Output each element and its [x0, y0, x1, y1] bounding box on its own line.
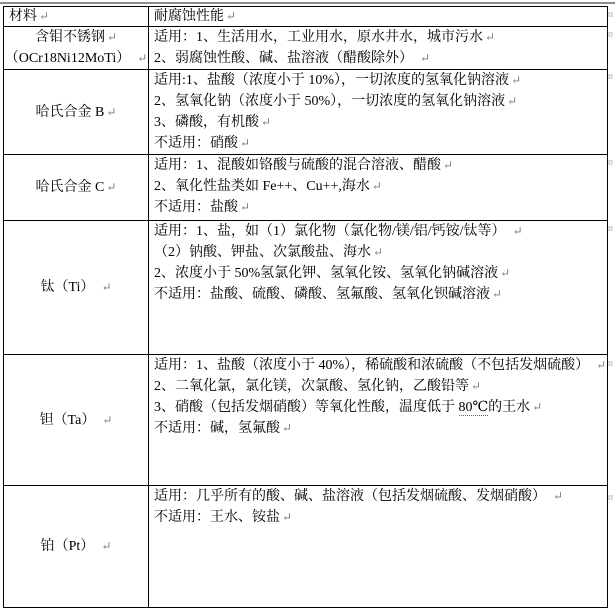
table-row: 哈氏合金 C↵ 适用：1、混酸如铬酸与硫酸的混合溶液、醋酸↵ 2、氧化性盐类如 …: [4, 155, 608, 221]
performance-cell: 适用：1、盐，如（1）氯化物（氯化物/镁/铝/钙铵/钛等）↵ （2）钠酸、钾盐、…: [149, 221, 608, 355]
table-row: 钽（Ta）↵ 适用：1、盐酸（浓度小于 40%），稀硫酸和浓硫酸（不包括发烟硫酸…: [4, 355, 608, 486]
header-performance-label: 耐腐蚀性能: [154, 9, 224, 24]
paragraph-mark-icon: ↵: [137, 51, 147, 65]
material-cell: 含钼不锈钢↵ （OCr18Ni12MoTi）↵: [4, 27, 149, 70]
document-page: 材料↵ 耐腐蚀性能↵ 含钼不锈钢↵ （OCr18Ni12MoTi）↵ 适用：1、…: [0, 0, 615, 610]
performance-line: 不适用：王水、铵盐↵: [149, 507, 607, 528]
header-material-label: 材料: [9, 9, 37, 24]
performance-line: 2、二氧化氯，氯化镁，次氯酸、氢化钠，乙酸铅等↵: [149, 376, 607, 397]
paragraph-mark-icon: ↵: [261, 115, 271, 129]
performance-line: 适用：1、混酸如铬酸与硫酸的混合溶液、醋酸↵: [149, 155, 607, 176]
paragraph-mark-icon: ↵: [373, 245, 383, 259]
material-cell: 钽（Ta）↵: [4, 355, 149, 486]
performance-line: 不适用：盐酸↵: [149, 197, 607, 218]
paragraph-mark-icon: ↵: [500, 266, 510, 280]
material-formula: （OCr18Ni12MoTi）↵: [4, 48, 148, 69]
material-name: 钽（Ta）↵: [4, 410, 148, 431]
row-end-mark-icon: ¤: [608, 494, 613, 504]
paragraph-mark-icon: ↵: [507, 94, 517, 108]
paragraph-mark-icon: ↵: [107, 30, 117, 44]
table-row: 哈氏合金 B↵ 适用:1、盐酸（浓度小于 10%），一切浓度的氢氧化钠溶液↵ 2…: [4, 70, 608, 155]
paragraph-mark-icon: ↵: [102, 413, 112, 427]
table-row: 钛（Ti）↵ 适用：1、盐，如（1）氯化物（氯化物/镁/铝/钙铵/钛等）↵ （2…: [4, 221, 608, 355]
paragraph-mark-icon: ↵: [282, 421, 292, 435]
paragraph-mark-icon: ↵: [492, 287, 502, 301]
performance-line: 2、氢氧化钠（浓度小于 50%），一切浓度的氢氧化钠溶液↵: [149, 91, 607, 112]
paragraph-mark-icon: ↵: [596, 358, 606, 372]
performance-line: 适用：1、盐，如（1）氯化物（氯化物/镁/铝/钙铵/钛等）↵: [149, 221, 607, 242]
paragraph-mark-icon: ↵: [532, 400, 542, 414]
row-end-mark-icon: ¤: [608, 360, 613, 370]
material-name: 哈氏合金 B↵: [4, 102, 148, 123]
paragraph-mark-icon: ↵: [226, 9, 236, 23]
header-row: 材料↵ 耐腐蚀性能↵: [4, 7, 608, 27]
performance-line: 不适用：盐酸、硫酸、磷酸、氢氟酸、氢氧化钡碱溶液↵: [149, 284, 607, 305]
row-end-mark-icon: ¤: [608, 73, 613, 83]
performance-cell: 适用：1、混酸如铬酸与硫酸的混合溶液、醋酸↵ 2、氧化性盐类如 Fe++、Cu+…: [149, 155, 608, 221]
paragraph-mark-icon: ↵: [485, 30, 495, 44]
performance-line: 2、弱腐蚀性酸、碱、盐溶液（醋酸除外）↵: [149, 48, 607, 69]
paragraph-mark-icon: ↵: [372, 179, 382, 193]
material-cell: 哈氏合金 B↵: [4, 70, 149, 155]
paragraph-mark-icon: ↵: [513, 224, 523, 238]
performance-line: 不适用：碱，氢氟酸↵: [149, 418, 607, 439]
paragraph-mark-icon: ↵: [240, 200, 250, 214]
performance-line: 适用:1、盐酸（浓度小于 10%），一切浓度的氢氧化钠溶液↵: [149, 70, 607, 91]
material-cell: 钛（Ti）↵: [4, 221, 149, 355]
material-name: 铂（Pt）↵: [4, 536, 148, 557]
header-performance-cell: 耐腐蚀性能↵: [149, 7, 608, 27]
performance-cell: 适用:1、盐酸（浓度小于 10%），一切浓度的氢氧化钠溶液↵ 2、氢氧化钠（浓度…: [149, 70, 608, 155]
table-row: 含钼不锈钢↵ （OCr18Ni12MoTi）↵ 适用：1、生活用水，工业用水，原…: [4, 27, 608, 70]
performance-cell: 适用：1、生活用水，工业用水，原水井水，城市污水↵ 2、弱腐蚀性酸、碱、盐溶液（…: [149, 27, 608, 70]
paragraph-mark-icon: ↵: [553, 489, 563, 503]
performance-line: 不适用：硝酸↵: [149, 133, 607, 154]
performance-line: 适用：1、盐酸（浓度小于 40%），稀硫酸和浓硫酸（不包括发烟硫酸）↵: [149, 355, 607, 376]
top-rule: [0, 2, 615, 4]
materials-table: 材料↵ 耐腐蚀性能↵ 含钼不锈钢↵ （OCr18Ni12MoTi）↵ 适用：1、…: [3, 6, 608, 608]
material-cell: 铂（Pt）↵: [4, 486, 149, 608]
performance-line: 2、浓度小于 50%氢氯化钾、氢氧化铵、氢氧化钠碱溶液↵: [149, 263, 607, 284]
row-end-mark-icon: ¤: [608, 11, 613, 21]
row-end-mark-icon: ¤: [608, 159, 613, 169]
performance-line: 2、氧化性盐类如 Fe++、Cu++,海水↵: [149, 176, 607, 197]
material-name: 钛（Ti）↵: [4, 277, 148, 298]
performance-line: 适用：1、生活用水，工业用水，原水井水，城市污水↵: [149, 27, 607, 48]
paragraph-mark-icon: ↵: [101, 280, 111, 294]
paragraph-mark-icon: ↵: [39, 9, 49, 23]
paragraph-mark-icon: ↵: [240, 136, 250, 150]
paragraph-mark-icon: ↵: [511, 73, 521, 87]
row-end-mark-icon: ¤: [608, 31, 613, 41]
paragraph-mark-icon: ↵: [106, 105, 116, 119]
material-name: 哈氏合金 C↵: [4, 177, 148, 198]
paragraph-mark-icon: ↵: [443, 158, 453, 172]
table-row: 铂（Pt）↵ 适用：几乎所有的酸、碱、盐溶液（包括发烟硫酸、发烟硝酸）↵ 不适用…: [4, 486, 608, 608]
material-cell: 哈氏合金 C↵: [4, 155, 149, 221]
performance-line: （2）钠酸、钾盐、次氯酸盐、海水↵: [149, 242, 607, 263]
performance-cell: 适用：几乎所有的酸、碱、盐溶液（包括发烟硫酸、发烟硝酸）↵ 不适用：王水、铵盐↵: [149, 486, 608, 608]
paragraph-mark-icon: ↵: [106, 180, 116, 194]
header-material-line: 材料↵: [4, 7, 148, 26]
performance-line: 3、硝酸（包括发烟硝酸）等氧化性酸，温度低于 80℃的王水↵: [149, 397, 607, 418]
material-name: 含钼不锈钢↵: [4, 27, 148, 48]
performance-line: 适用：几乎所有的酸、碱、盐溶液（包括发烟硫酸、发烟硝酸）↵: [149, 486, 607, 507]
paragraph-mark-icon: ↵: [282, 510, 292, 524]
header-material-cell: 材料↵: [4, 7, 149, 27]
paragraph-mark-icon: ↵: [101, 539, 111, 553]
paragraph-mark-icon: ↵: [471, 379, 481, 393]
performance-line: 3、磷酸，有机酸↵: [149, 112, 607, 133]
row-end-mark-icon: ¤: [608, 225, 613, 235]
header-performance-line: 耐腐蚀性能↵: [149, 7, 607, 26]
temperature-spellcheck-underline: 80℃: [459, 400, 489, 416]
paragraph-mark-icon: ↵: [420, 51, 430, 65]
performance-cell: 适用：1、盐酸（浓度小于 40%），稀硫酸和浓硫酸（不包括发烟硫酸）↵ 2、二氧…: [149, 355, 608, 486]
